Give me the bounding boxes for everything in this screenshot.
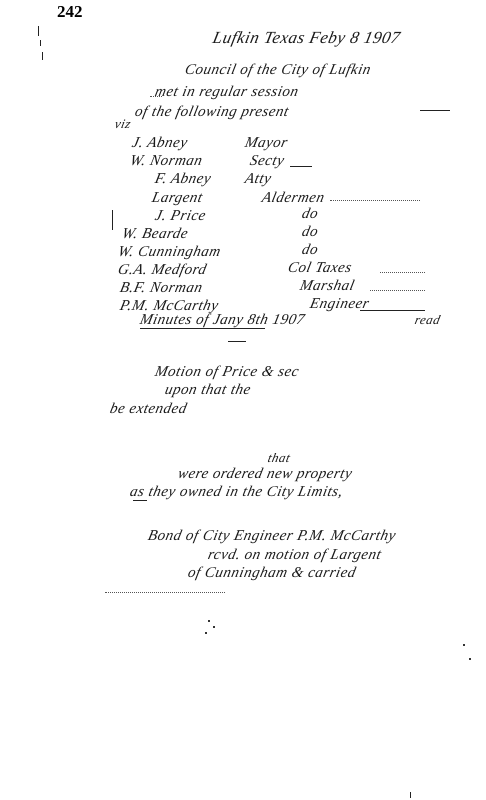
underline — [140, 328, 265, 329]
preamble-line-3: of the following present — [133, 104, 290, 121]
leader-dots — [150, 96, 162, 97]
margin-mark — [42, 52, 43, 60]
property-note-line-2: as they owned in the City Limits, — [128, 484, 344, 501]
margin-mark — [38, 26, 39, 36]
roll-intro: viz — [113, 116, 132, 132]
attendee-title: Aldermen — [260, 190, 326, 207]
margin-mark — [40, 40, 41, 46]
attendee-title: Secty — [248, 153, 286, 170]
margin-bracket — [112, 210, 113, 230]
dateline: Lufkin Texas Feby 8 1907 — [211, 28, 402, 48]
attendee-title: Atty — [243, 171, 273, 188]
attendee-name: G.A. Medford — [116, 262, 208, 279]
scan-speck — [208, 620, 210, 622]
minutes-margin-note: read — [413, 312, 442, 328]
leader-dots — [105, 592, 225, 593]
attendee-title: Mayor — [243, 135, 289, 152]
attendee-name: W. Cunningham — [116, 244, 222, 261]
attendee-name: W. Bearde — [120, 226, 190, 243]
property-note-line-1: were ordered new property — [176, 466, 354, 483]
underline — [290, 166, 312, 167]
leader-dots — [380, 272, 425, 273]
underline — [133, 500, 147, 501]
attendee-name: Largent — [150, 190, 204, 207]
preamble-line-2: met in regular session — [153, 84, 300, 101]
scan-speck — [463, 644, 465, 646]
property-note-header: that — [266, 450, 292, 466]
motion-line-1: Motion of Price & sec — [153, 364, 300, 381]
attendee-title: do — [300, 206, 320, 223]
underline — [228, 341, 246, 342]
engineer-note-line-2: rcvd. on motion of Largent — [206, 547, 383, 564]
motion-line-3: be extended — [108, 401, 188, 418]
motion-line-2: upon that the — [163, 382, 252, 399]
preamble-line-1: Council of the City of Lufkin — [183, 62, 372, 79]
engineer-note-line-3: of Cunningham & carried — [186, 565, 357, 582]
margin-mark — [410, 792, 411, 798]
scan-speck — [213, 626, 215, 628]
minutes-line: Minutes of Jany 8th 1907 — [138, 312, 306, 329]
line-rule — [420, 110, 450, 111]
engineer-note-line-1: Bond of City Engineer P.M. McCarthy — [146, 528, 397, 545]
attendee-title: do — [300, 224, 320, 241]
scan-speck — [205, 632, 207, 634]
attendee-name: J. Abney — [130, 135, 189, 152]
scan-speck — [469, 658, 471, 660]
attendee-name: B.F. Norman — [118, 280, 204, 297]
attendee-title: do — [300, 242, 320, 259]
attendee-name: J. Price — [153, 208, 207, 225]
attendee-name: F. Abney — [153, 171, 213, 188]
leader-dots — [330, 200, 420, 201]
attendee-title: Marshal — [298, 278, 356, 295]
attendee-title: Col Taxes — [286, 260, 353, 277]
leader-dots — [370, 290, 425, 291]
underline — [360, 310, 425, 311]
attendee-name: W. Norman — [128, 153, 204, 170]
page-number: 242 — [57, 2, 83, 22]
